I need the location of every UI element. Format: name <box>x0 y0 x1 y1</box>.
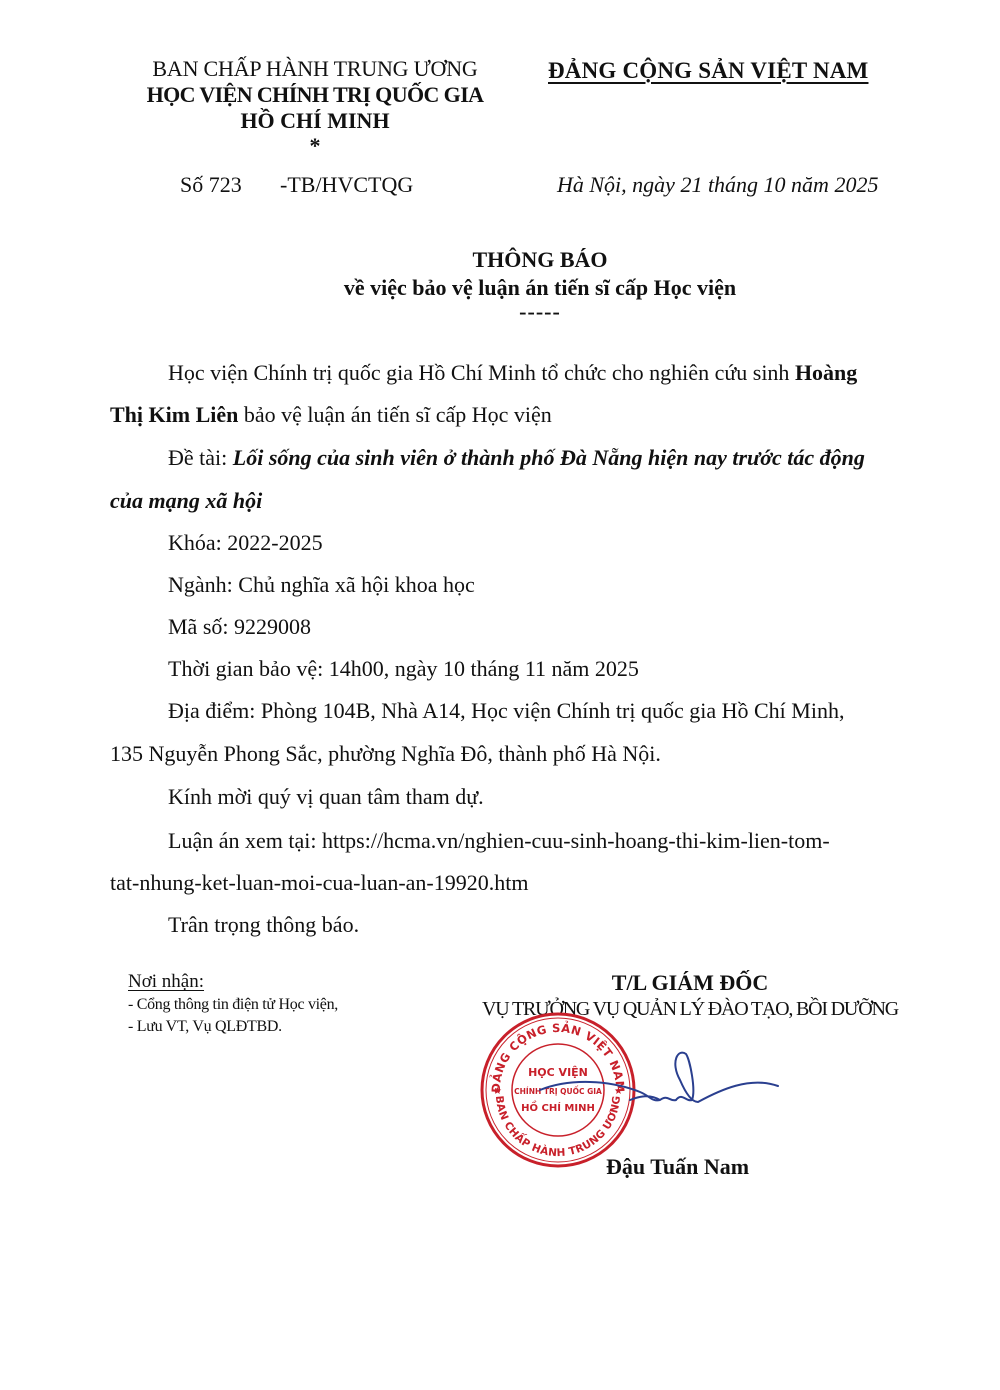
recipients: Nơi nhận: - Cổng thông tin điện tử Học v… <box>128 970 338 1038</box>
defense-time: Thời gian bảo vệ: 14h00, ngày 10 tháng 1… <box>110 648 998 690</box>
star-separator: * <box>100 138 530 154</box>
candidate-name: Hoàng <box>795 360 857 385</box>
org-line-3: HỒ CHÍ MINH <box>100 108 530 134</box>
svg-text:★: ★ <box>493 1086 502 1097</box>
title-subtitle: về việc bảo vệ luận án tiến sĩ cấp Học v… <box>40 274 1000 302</box>
topic-label: Đề tài: <box>168 445 233 470</box>
title-separator: ----- <box>40 302 1000 322</box>
topic-line-2: của mạng xã hội <box>110 480 940 522</box>
doc-number-prefix: Số 723 <box>180 172 280 198</box>
closing: Trân trọng thông báo. <box>110 904 998 946</box>
intro-line-2: Thị Kim Liên bảo vệ luận án tiến sĩ cấp … <box>110 394 940 436</box>
party-name: ĐẢNG CỘNG SẢN VIỆT NAM <box>548 58 868 84</box>
document-number: Số 723-TB/HVCTQG <box>180 172 413 198</box>
on-behalf-title: T/L GIÁM ĐỐC <box>440 970 940 996</box>
place-date: Hà Nội, ngày 21 tháng 10 năm 2025 <box>557 172 878 198</box>
thesis-link-label: Luận án xem tại: <box>168 828 322 853</box>
thesis-link-line-2[interactable]: tat-nhung-ket-luan-moi-cua-luan-an-19920… <box>110 862 940 904</box>
recipient-item: - Lưu VT, Vụ QLĐTBD. <box>128 1016 338 1038</box>
org-line-1: BAN CHẤP HÀNH TRUNG ƯƠNG <box>100 56 530 82</box>
title-main: THÔNG BÁO <box>40 246 1000 274</box>
course: Khóa: 2022-2025 <box>110 522 998 564</box>
invitation: Kính mời quý vị quan tâm tham dự. <box>110 776 998 818</box>
intro-line-1: Học viện Chính trị quốc gia Hồ Chí Minh … <box>110 352 998 394</box>
issuing-organization: BAN CHẤP HÀNH TRUNG ƯƠNG HỌC VIỆN CHÍNH … <box>100 56 530 154</box>
major-code: Mã số: 9229008 <box>110 606 998 648</box>
handwritten-signature-icon <box>520 1050 800 1140</box>
recipient-item: - Cổng thông tin điện tử Học viện, <box>128 994 338 1016</box>
location-line-2: 135 Nguyễn Phong Sắc, phường Nghĩa Đô, t… <box>110 733 940 775</box>
document-title: THÔNG BÁO về việc bảo vệ luận án tiến sĩ… <box>40 246 1000 322</box>
topic-line-1: Đề tài: Lối sống của sinh viên ở thành p… <box>110 437 998 479</box>
topic-title: Lối sống của sinh viên ở thành phố Đà Nẵ… <box>233 445 865 470</box>
major: Ngành: Chủ nghĩa xã hội khoa học <box>110 564 998 606</box>
recipients-heading: Nơi nhận: <box>128 970 338 994</box>
thesis-link[interactable]: https://hcma.vn/nghien-cuu-sinh-hoang-th… <box>322 828 830 853</box>
signer-name: Đậu Tuấn Nam <box>606 1154 749 1180</box>
org-line-2: HỌC VIỆN CHÍNH TRỊ QUỐC GIA <box>100 82 530 108</box>
candidate-name-cont: Thị Kim Liên <box>110 402 238 427</box>
doc-number-suffix: -TB/HVCTQG <box>280 172 413 197</box>
location-line-1: Địa điểm: Phòng 104B, Nhà A14, Học viện … <box>110 690 998 732</box>
thesis-link-line-1: Luận án xem tại: https://hcma.vn/nghien-… <box>110 820 998 862</box>
